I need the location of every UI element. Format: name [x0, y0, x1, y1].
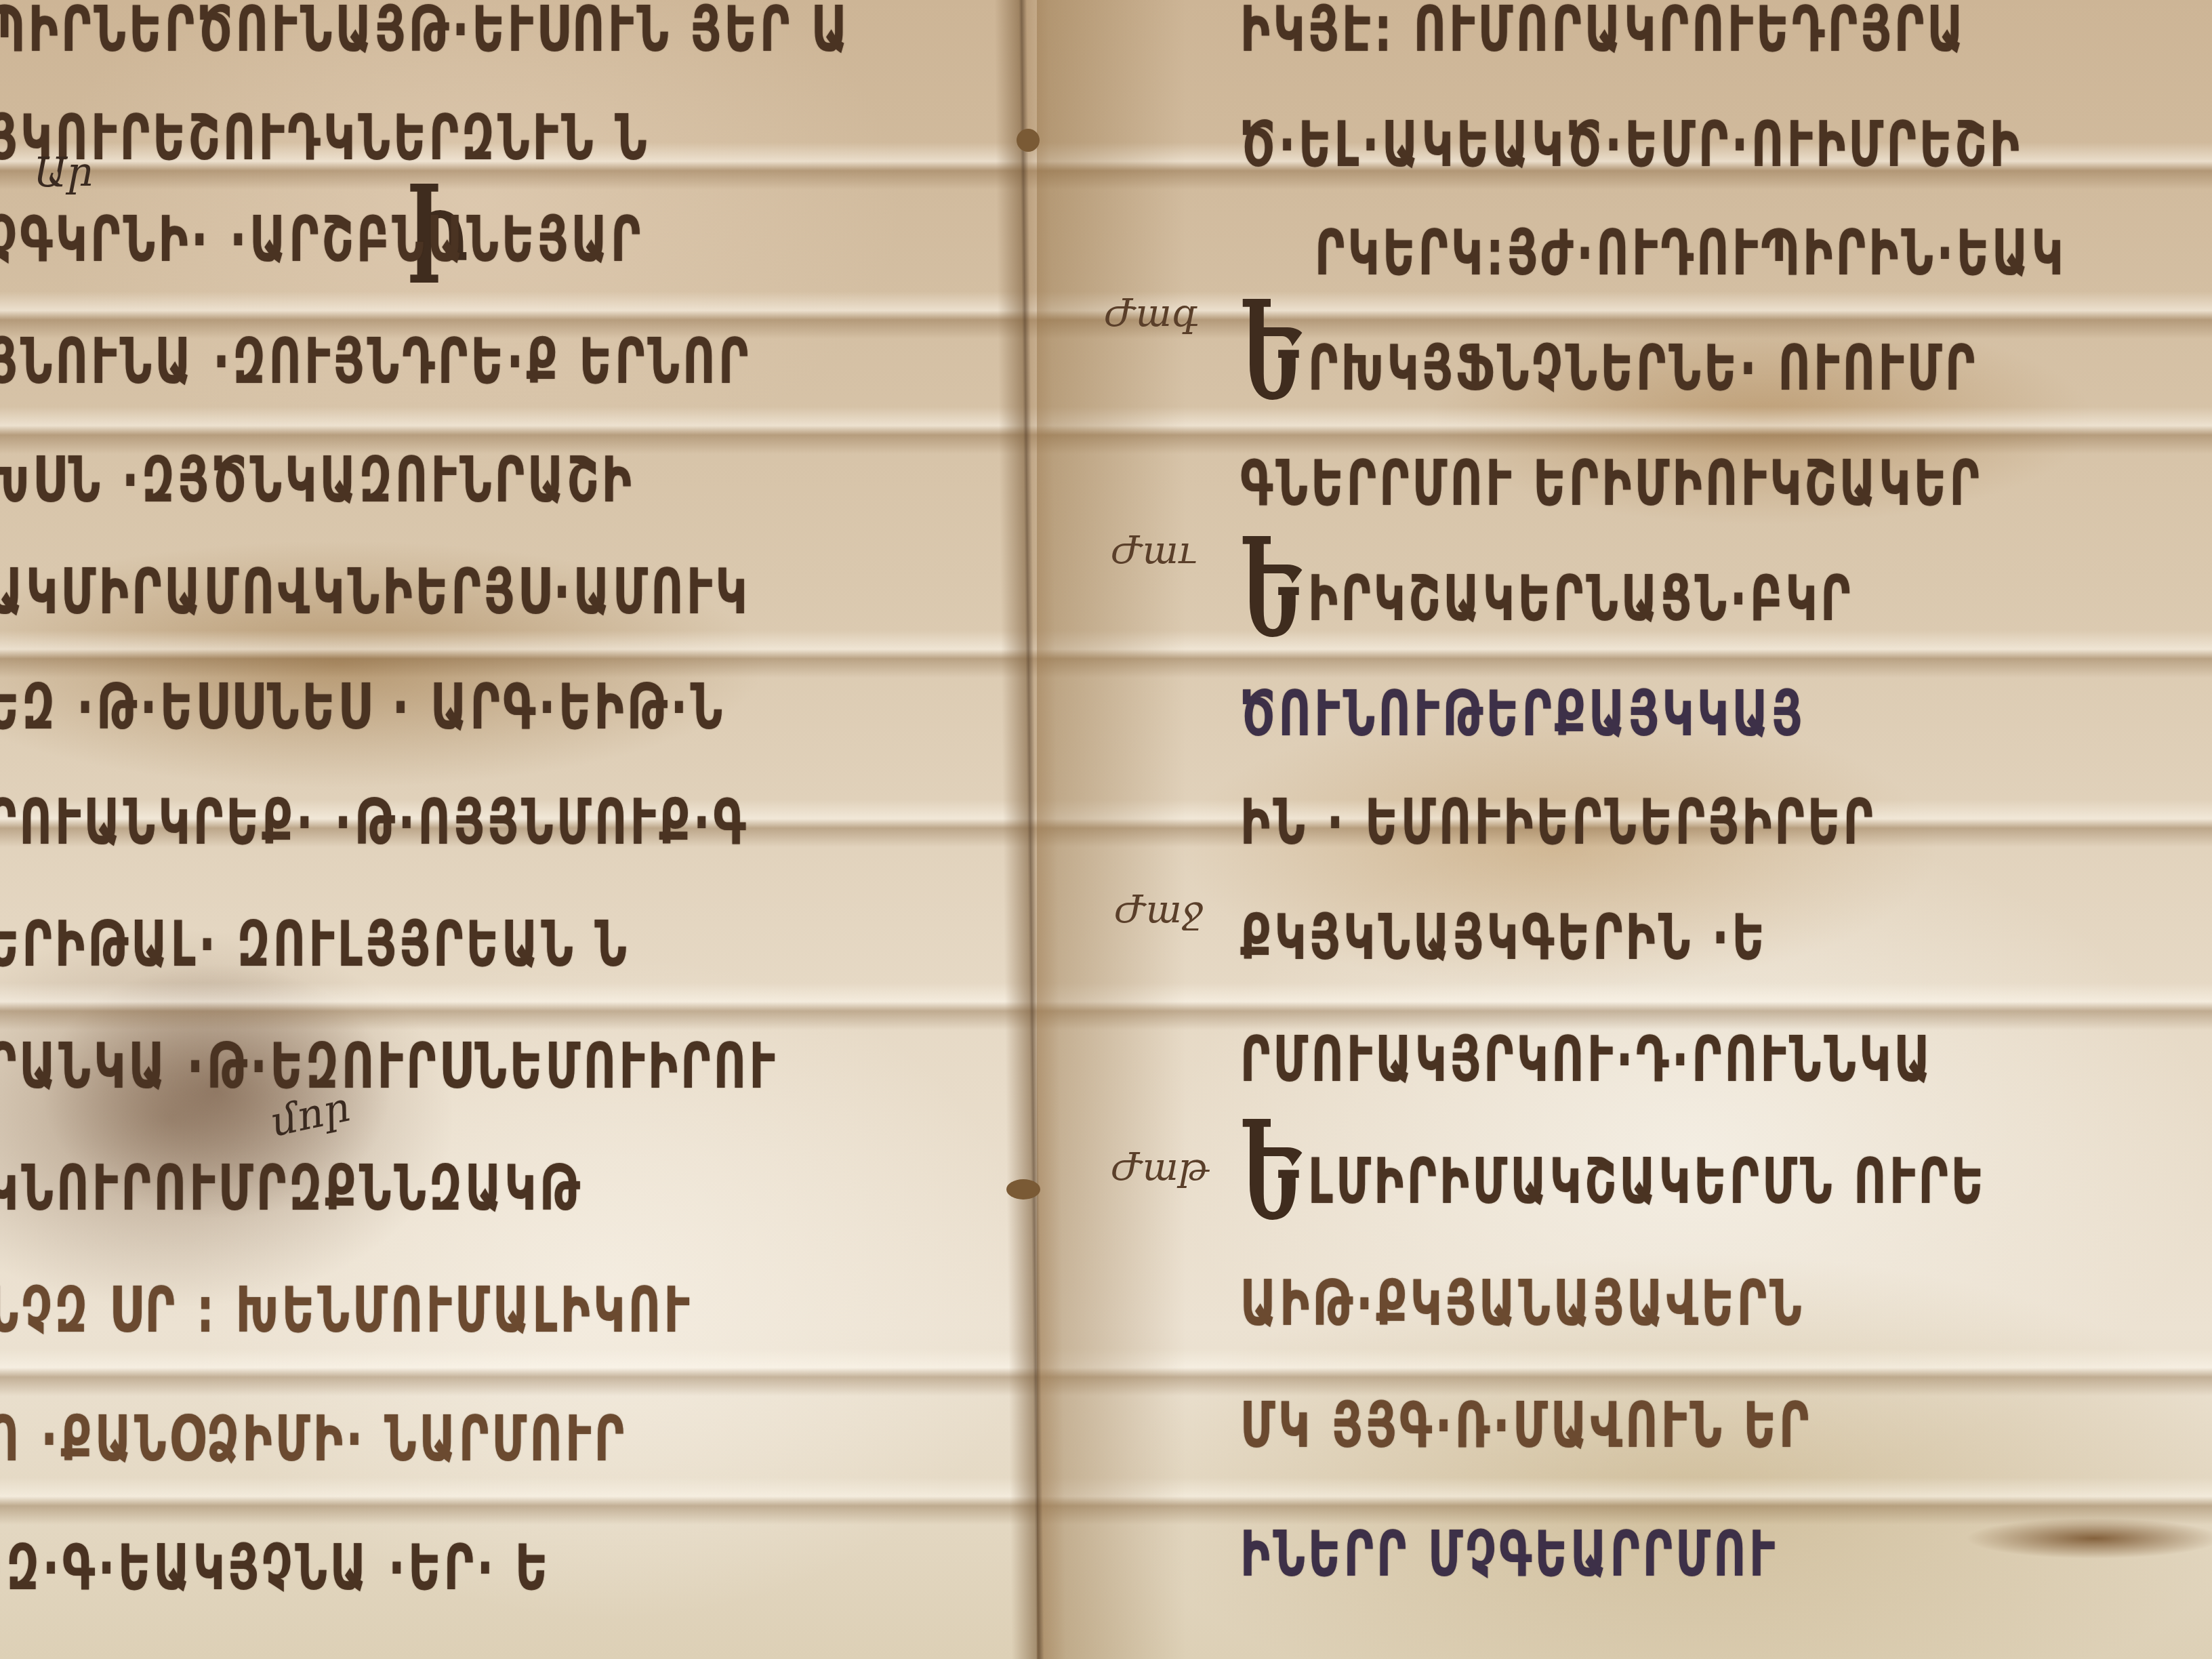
text-line: ՅՆՈՒՆԱ ·ԶՈՒՅՆԴՐԵ·Ք ԵՐՆՈՐ [0, 325, 751, 398]
text-line: ԻՐԿՇԱԿԵՐՆԱՑՆ·ԲԿՐ [1308, 562, 1853, 635]
text-line: ԿՆՈՒՐՈՒՄՐԶՔՆՆԶԱԿԹ [0, 1152, 583, 1225]
text-line: ԻՆԵՐՐ ՄՉԳԵԱՐՐՄՈՒ [1240, 1518, 1778, 1591]
text-line: ԾՈՒՆՈՒԹԵՐՔԱՅԿԿԱՅ [1240, 678, 1805, 750]
text-line: ՔԿՅԿՆԱՅԿԳԵՐԻՆ ·Ե [1240, 901, 1767, 974]
text-line: ·Զ·Գ·ԵԱԿՅՉՆԱ ·ԵՐ· Ե [0, 1532, 551, 1604]
gutter-hole [1017, 129, 1040, 152]
text-line: ՅԿՈՒՐԵՇՈՒԴԿՆԵՐԶՆՒՆ Ն [0, 102, 650, 174]
water-stain [1965, 1518, 2212, 1559]
text-line: ԳՆԵՐՐՄՈՒ ԵՐԻՄԻՈՒԿՇԱԿԵՐ [1240, 447, 1982, 520]
text-line: ՊԻՐՆԵՐԾՈՒՆԱՅԹ·ԵՒՍՈՒՆ ՅԵՐ Ա [0, 0, 851, 66]
text-line: ՐԿԵՐԿ:ՅԺ·ՈՒԴՈՒՊԻՐԻՆ·ԵԱԿ [1315, 217, 2066, 289]
text-line: ԻԿՅԷ: ՈՒՄՈՐԱԿՐՈՒԵԴՐՅՐԱ [1240, 0, 1967, 66]
manuscript-photo: ՊԻՐՆԵՐԾՈՒՆԱՅԹ·ԵՒՍՈՒՆ ՅԵՐ Ա ՅԿՈՒՐԵՇՈՒԴԿՆԵ… [0, 0, 2212, 1659]
text-line: ԽՍՆ ·ԶՅԾՆԿԱԶՈՒՆՐԱՇԻ [0, 444, 634, 516]
text-line: Ո ·ՔԱՆՕՁԻՄԻ· ՆԱՐՄՈՒՐ [0, 1403, 627, 1475]
text-line: ԻՆ · ԵՄՈՒԻԵՐՆԵՐՅԻՐԵՐ [1240, 786, 1876, 859]
text-line: ԵԶ ·Թ·ԵՍՍՆԵՍ · ԱՐԳ·ԵԻԹ·Ն [0, 671, 725, 743]
margin-verse-number: Ժաջ [1115, 888, 1203, 932]
text-line: ԱԻԹ·ՔԿՅԱՆԱՅԱՎԵՐՆ [1240, 1267, 1805, 1340]
initial-letter: Ե [1240, 1091, 1301, 1250]
text-line: ՄԿ ՅՅԳ·Ռ·ՄԱՎՈՒՆ ԵՐ [1240, 1389, 1811, 1462]
text-line: ԼՄԻՐԻՄԱԿՇԱԿԵՐՄՆ ՈՒՐԵ [1308, 1145, 1986, 1218]
text-line: ՐԱՆԿԱ ·Թ·ԵԶՈՒՐՍՆԵՄՈՒԻՐՈՒ [0, 1030, 778, 1103]
text-line: ՐՄՈՒԱԿՅՐԿՈՒ·Դ·ՐՈՒՆՆԿԱ [1240, 1023, 1933, 1096]
text-line: ԵՐԻԹԱԼ· ԶՈՒԼՅՅՐԵԱՆ Ն [0, 908, 630, 981]
text-line: ՉԳԿՐՆԻ· ·ԱՐՇԲՆԱՆԵՅԱՐ [0, 203, 643, 276]
text-line: Ծ·ԵԼ·ԱԿԵԱԿԾ·ԵՄՐ·ՈՒԻՄՐԵՇԻ [1240, 108, 2022, 181]
initial-letter: Ե [1240, 508, 1301, 668]
margin-verse-number: Ժաթ [1111, 1145, 1208, 1189]
text-line: ՐՈՒԱՆԿՐԵՔ· ·Թ·ՈՅՅՆՄՈՒՔ·Գ [0, 786, 749, 859]
gutter-hole [1006, 1179, 1040, 1200]
initial-letter: Ե [1240, 271, 1301, 430]
margin-scribble: Ար [34, 149, 93, 197]
text-line: ՐԽԿՅՖՆՉՆԵՐՆԵ· ՈՒՈՒՄՐ [1308, 332, 1978, 405]
text-line: ԱԿՄԻՐԱՄՈՎԿՆԻԵՐՅՍ·ԱՄՈՒԿ [0, 556, 750, 628]
text-line: ՆՉԶ ՍՐ : ԽԵՆՄՈՒՄԱԼԻԿՈՒ [0, 1274, 693, 1347]
margin-verse-number: Ժագ [1105, 291, 1198, 335]
margin-verse-number: Ժաւ [1111, 529, 1197, 573]
